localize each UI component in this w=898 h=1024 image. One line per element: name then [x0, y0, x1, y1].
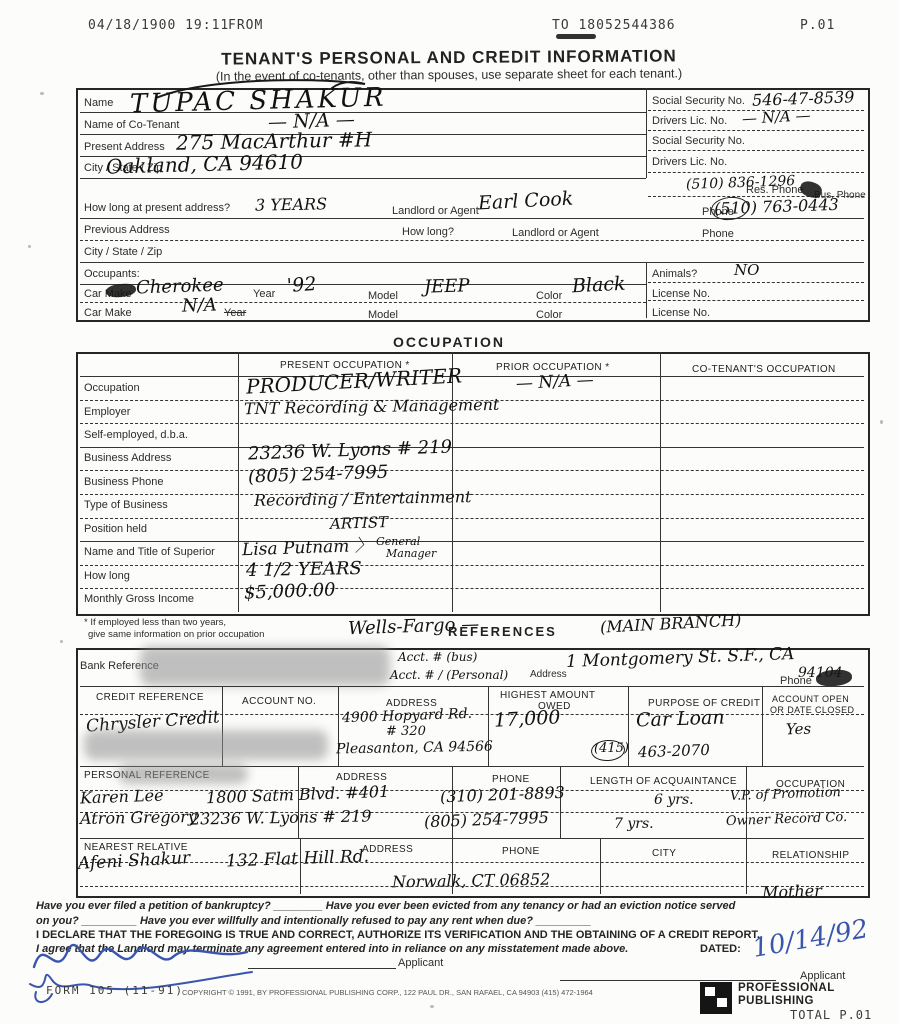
superior-value: Lisa Putnam 〉	[242, 538, 372, 560]
bank-name-value: Wells-Fargo —	[348, 616, 480, 639]
row-line	[80, 588, 864, 589]
business-address-label: Business Address	[84, 452, 171, 464]
relative-address-line2: Norwalk, CT 06852	[392, 872, 551, 891]
bankruptcy-question-line1: Have you ever filed a petition of bankru…	[36, 900, 735, 912]
dated-value: 10/14/92	[751, 916, 871, 962]
ssn-label: Social Security No.	[652, 95, 745, 107]
phone2-label: Phone	[702, 228, 734, 240]
row-line	[80, 541, 864, 542]
scan-speck	[430, 1005, 434, 1008]
credit-address-line2: # 320	[386, 725, 426, 738]
relationship-header: RELATIONSHIP	[772, 850, 849, 861]
model2-label: Model	[368, 309, 398, 321]
employer-label: Employer	[84, 406, 130, 418]
column-divider	[238, 352, 239, 612]
applicant1-label: Applicant	[398, 957, 443, 969]
row-line	[648, 300, 864, 301]
how-long2-label: How long?	[402, 226, 454, 238]
publisher-name-line1: PROFESSIONAL	[738, 982, 835, 994]
scan-speck	[880, 420, 883, 424]
landlord-label: Landlord or Agent	[392, 205, 479, 217]
occupants-label: Occupants:	[84, 268, 140, 280]
bank-address-label: Address	[530, 669, 567, 680]
income-value: $5,000.00	[244, 581, 336, 602]
dba-label: Self-employed, d.b.a.	[84, 429, 188, 441]
row-line	[648, 130, 864, 131]
superior-title-line2: Manager	[386, 548, 436, 559]
row-line	[80, 447, 864, 448]
occupation-box	[76, 352, 870, 616]
credit-address-line3: Pleasanton, CA 94566	[336, 740, 493, 757]
row-line	[80, 862, 864, 863]
redacted-account-info	[84, 730, 328, 760]
row-line	[80, 518, 864, 519]
co-tenant-occupation-header: CO-TENANT'S OCCUPATION	[692, 364, 836, 375]
res-phone-value: (510) 836-1296	[686, 174, 796, 192]
scan-speck	[40, 92, 44, 95]
license2-label: License No.	[652, 307, 710, 319]
present-address-label: Present Address	[84, 141, 165, 153]
row-line	[648, 150, 864, 151]
animals-label: Animals?	[652, 268, 697, 280]
logo-shape	[717, 998, 727, 1007]
bank-branch-value: (MAIN BRANCH)	[600, 612, 742, 635]
business-phone-value: (805) 254-7995	[248, 464, 389, 487]
relative-address-line1: 132 Flat Hill Rd.	[226, 849, 370, 871]
column-divider	[762, 686, 763, 766]
highest-amount-value: 17,000	[494, 708, 561, 730]
row-line	[80, 302, 646, 303]
redacted-bank-info	[140, 646, 390, 686]
table-border	[80, 686, 864, 687]
acct-bus-note: Acct. # (bus)	[398, 651, 477, 663]
professional-publishing-logo	[700, 982, 732, 1014]
row-line	[80, 423, 864, 424]
length-of-acquaintance-header: LENGTH OF ACQUAINTANCE	[590, 776, 737, 787]
how-long-value: 3 YEARS	[255, 196, 327, 213]
scan-speck	[28, 245, 31, 248]
redacted-header	[118, 764, 248, 784]
personal-ref2-length: 7 yrs.	[614, 817, 654, 831]
applicant2-signature-line	[560, 980, 776, 981]
superior-label: Name and Title of Superior	[84, 546, 215, 558]
column-divider	[560, 766, 561, 838]
form-number: FORM 105 (11-91)	[46, 984, 184, 997]
license-label: License No.	[652, 288, 710, 300]
logo-shape	[705, 987, 715, 996]
personal-ref2-address: 23236 W. Lyons # 219	[190, 808, 372, 827]
color2-label: Color	[536, 309, 562, 321]
row-line	[648, 172, 864, 173]
income-label: Monthly Gross Income	[84, 593, 194, 605]
row-line	[648, 282, 864, 283]
type-of-business-label: Type of Business	[84, 499, 168, 511]
personal-ref1-length: 6 yrs.	[654, 793, 694, 807]
prior-occupation-value: — N/A —	[516, 372, 594, 393]
personal-ref2-name: Atron Gregory	[80, 809, 197, 827]
phone-header: PHONE	[502, 846, 540, 857]
personal-ref2-occupation: Owner Record Co.	[726, 811, 848, 828]
fax-to-number: TO 18052544386	[552, 18, 676, 33]
personal-ref1-name: Karen Lee	[80, 788, 164, 807]
car1-year-value: '92	[286, 275, 317, 296]
position-held-value: ARTIST	[330, 515, 389, 532]
city-header: CITY	[652, 848, 676, 859]
year2-label: Year	[224, 307, 246, 319]
fax-document-page: 04/18/1900 19:11 FROM TO 18052544386 P.0…	[0, 0, 898, 1024]
city-state-zip2-label: City / State / Zip	[84, 246, 162, 258]
account-open-value: Yes	[786, 722, 812, 738]
column-divider	[660, 352, 661, 612]
row-line	[80, 178, 646, 179]
applicant2-label: Applicant	[800, 970, 845, 982]
business-phone-label: Business Phone	[84, 476, 164, 488]
row-line	[80, 240, 864, 241]
car-make2-label: Car Make	[84, 307, 132, 319]
superior-title-line1: General	[376, 536, 420, 547]
animals-value: NO	[734, 263, 759, 278]
drivers-lic-value: — N/A —	[742, 108, 811, 127]
row-line	[80, 376, 864, 377]
car1-model-value: JEEP	[424, 277, 470, 297]
fax-from-label: FROM	[228, 18, 263, 33]
credit-phone-value: 463-2070	[638, 743, 710, 760]
column-divider	[646, 88, 647, 178]
employer-value: TNT Recording & Management	[244, 397, 500, 417]
co-tenant-label: Name of Co-Tenant	[84, 119, 179, 131]
personal-ref1-phone: (310) 201-8893	[440, 785, 565, 805]
occupation-label: Occupation	[84, 382, 140, 394]
how-long-occ-value: 4 1/2 YEARS	[246, 560, 362, 580]
fax-page-number: P.01	[800, 18, 835, 33]
occupation-section-title: OCCUPATION	[0, 334, 898, 350]
fax-datetime: 04/18/1900 19:11	[88, 18, 229, 33]
model1-label: Model	[368, 290, 398, 302]
row-line	[80, 886, 864, 887]
how-long-label: How long at present address?	[84, 202, 230, 214]
scan-speck	[60, 640, 63, 643]
publisher-name-line2: PUBLISHING	[738, 995, 814, 1007]
applicant-signature-line	[248, 968, 396, 969]
dated-label: DATED:	[700, 943, 741, 955]
car2-make-value: N/A	[182, 296, 217, 315]
acct-personal-note: Acct. # / (Personal)	[390, 669, 508, 681]
address-header: ADDRESS	[362, 844, 413, 855]
fax-total-pages: TOTAL P.01	[790, 1008, 872, 1022]
position-held-label: Position held	[84, 523, 147, 535]
footnote-line2: give same information on prior occupatio…	[88, 629, 264, 640]
footnote-line1: * If employed less than two years,	[84, 617, 226, 628]
personal-ref1-occupation: V.P. of Promotion	[730, 786, 841, 803]
purpose-value: Car Loan	[636, 708, 725, 730]
landlord2-label: Landlord or Agent	[512, 227, 599, 239]
account-no-header: ACCOUNT NO.	[242, 696, 316, 707]
landlord-value: Earl Cook	[478, 190, 574, 214]
fax-smudge	[556, 34, 596, 39]
credit-reference-header: CREDIT REFERENCE	[96, 692, 204, 703]
name-label: Name	[84, 97, 113, 109]
row-line	[80, 565, 864, 566]
drivers-lic2-label: Drivers Lic. No.	[652, 156, 727, 168]
column-divider	[452, 352, 453, 612]
how-long-occ-label: How long	[84, 570, 130, 582]
color1-label: Color	[536, 290, 562, 302]
row-line	[80, 218, 864, 219]
year1-label: Year	[253, 288, 275, 300]
relationship-value: Mother	[762, 883, 822, 901]
type-of-business-value: Recording / Entertainment	[254, 489, 472, 509]
copyright-text: COPYRIGHT © 1991, BY PROFESSIONAL PUBLIS…	[182, 988, 593, 997]
column-divider	[646, 262, 647, 318]
city-state-zip-value: Oakland, CA 94610	[106, 151, 303, 176]
ssn2-label: Social Security No.	[652, 135, 745, 147]
row-line	[80, 470, 864, 471]
drivers-lic-label: Drivers Lic. No.	[652, 115, 727, 127]
row-line	[80, 494, 864, 495]
previous-address-label: Previous Address	[84, 224, 170, 236]
highest-amount-header: HIGHEST AMOUNT	[500, 690, 595, 701]
personal-ref2-phone: (805) 254-7995	[424, 810, 549, 830]
car1-color-value: Black	[572, 275, 626, 297]
account-open-header: ACCOUNT OPEN	[772, 694, 849, 704]
